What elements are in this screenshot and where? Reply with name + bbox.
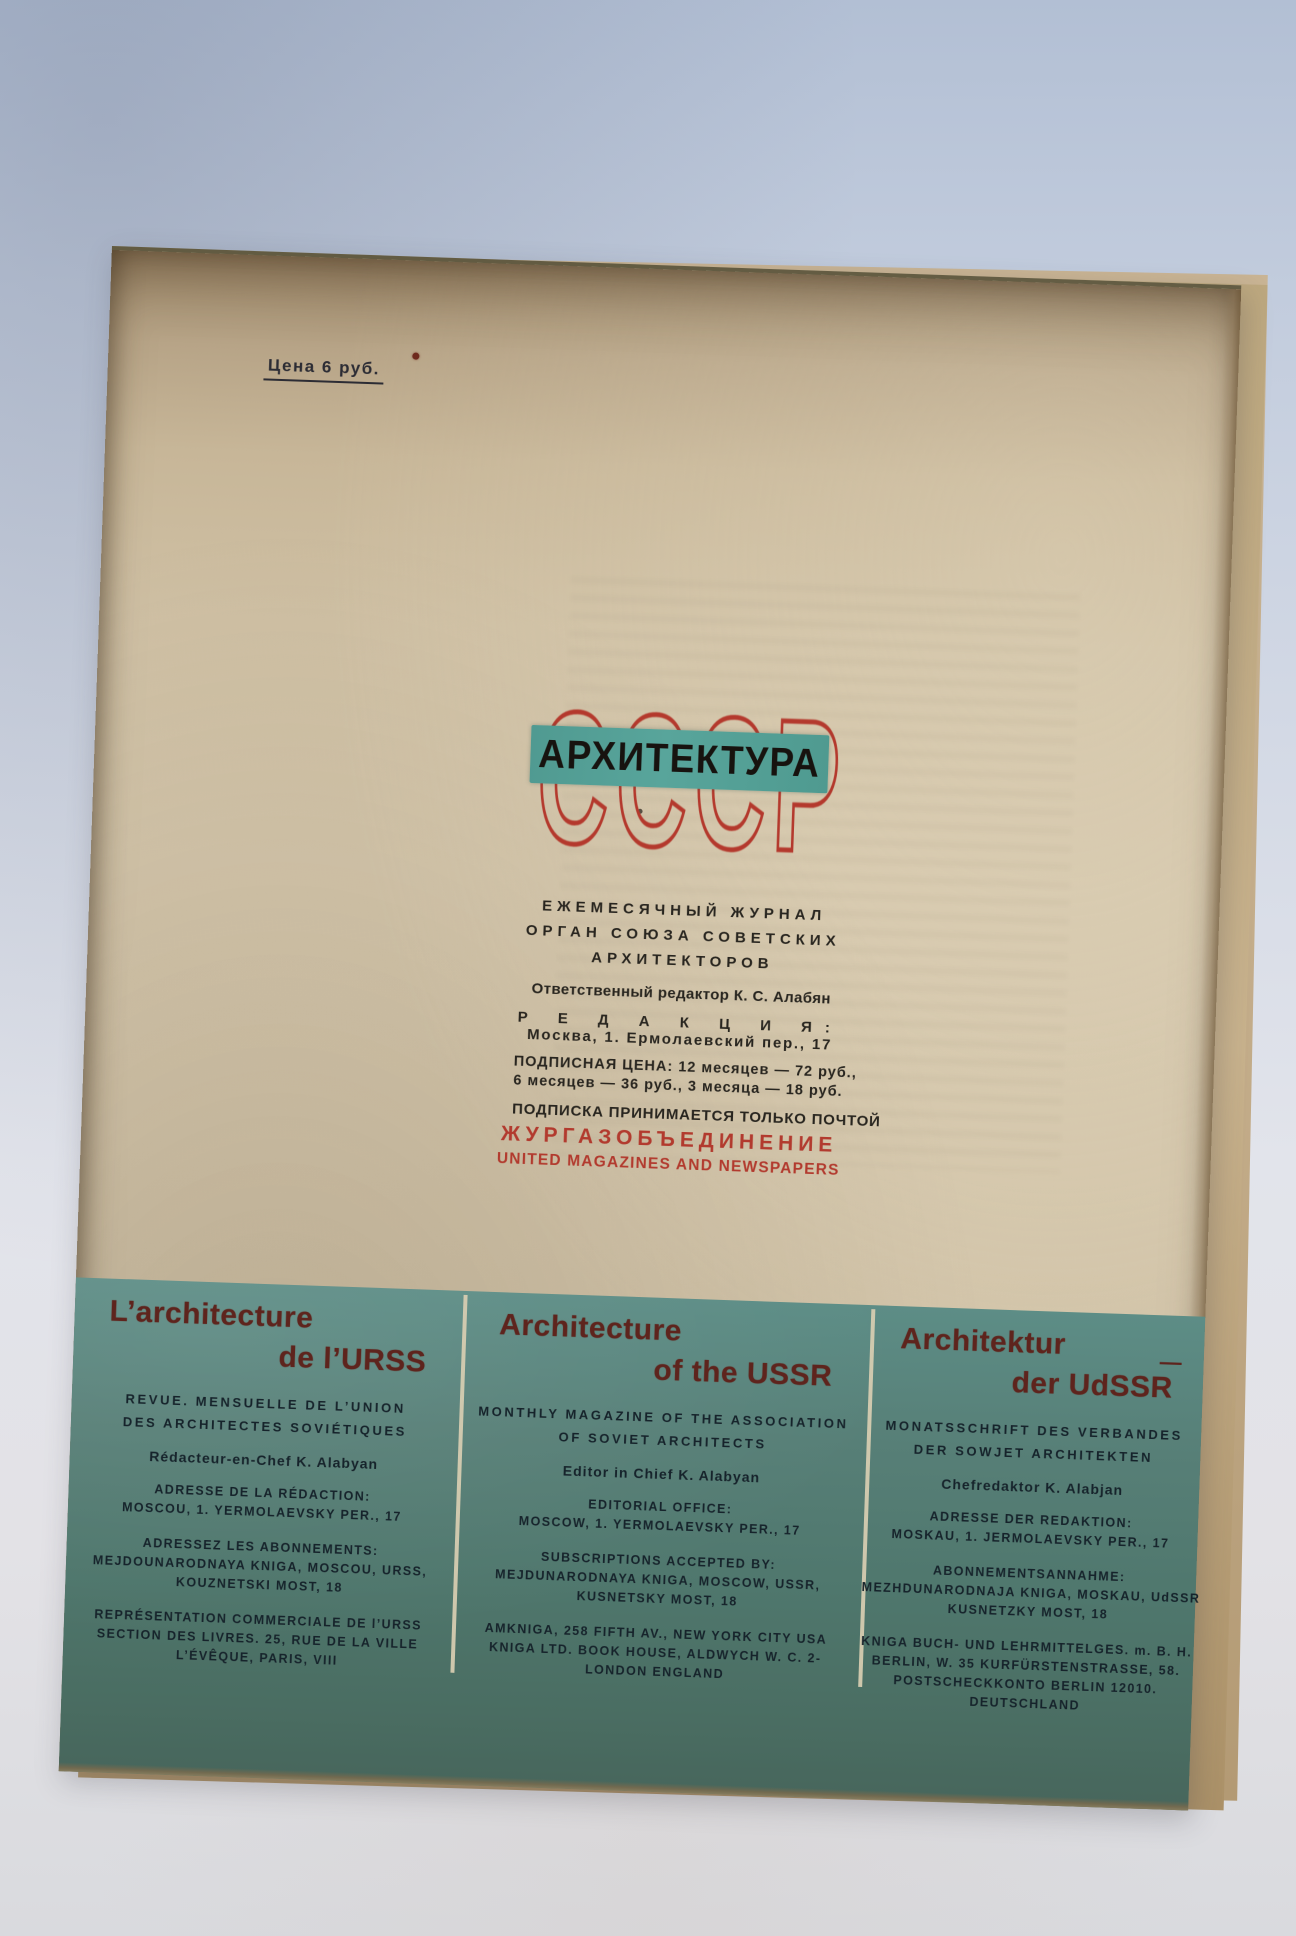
language-panels-band: L’architecture de l’URSS REVUE. MENSUELL…: [59, 1277, 1206, 1810]
panel-title-line: de l’URSS: [108, 1335, 427, 1380]
panel-french: L’architecture de l’URSS REVUE. MENSUELL…: [59, 1277, 464, 1784]
panel-title-line: L’architecture: [109, 1295, 428, 1340]
panel-english-subtitle: MONTHLY MAGAZINE OF THE ASSOCIATION OF S…: [458, 1399, 867, 1459]
panel-german-subtitle: MONATSSCHRIFT DES VERBANDES DER SOWJET A…: [866, 1413, 1201, 1471]
masthead-block: ЕЖЕМЕСЯЧНЫЙ ЖУРНАЛ ОРГАН СОЮЗА СОВЕТСКИХ…: [512, 893, 850, 1129]
magazine-back-cover: Цена 6 руб. СССР АРХИТЕКТУРА ЕЖЕМЕСЯЧНЫЙ…: [59, 246, 1242, 1811]
panel-english-subscriptions-block: SUBSCRIPTIONS ACCEPTED BY: MEJDUNARODNAY…: [453, 1545, 863, 1616]
photo-background: Цена 6 руб. СССР АРХИТЕКТУРА ЕЖЕМЕСЯЧНЫЙ…: [0, 0, 1296, 1936]
price-stamp: Цена 6 руб.: [263, 355, 384, 384]
logo-band: АРХИТЕКТУРА: [530, 725, 830, 793]
panel-title-line: Architektur: [900, 1322, 1175, 1366]
panel-german-title: Architektur der UdSSR: [898, 1322, 1174, 1406]
panel-english-agents-block: AMKNIGA, 258 FIFTH AV., NEW YORK CITY US…: [450, 1618, 860, 1689]
panel-title-line: of the USSR: [497, 1348, 833, 1394]
panel-title-line: der UdSSR: [898, 1362, 1173, 1406]
panel-french-editor: Rédacteur-en-Chef K. Alabyan: [70, 1445, 458, 1475]
panel-title-line: Architecture: [499, 1308, 835, 1354]
panel-english-office-block: EDITORIAL OFFICE: MOSCOW, 1. YERMOLAEVSK…: [455, 1491, 864, 1543]
panel-french-subscriptions-block: ADRESSEZ LES ABONNEMENTS: MEJDOUNARODNAY…: [65, 1531, 455, 1602]
panel-english-editor: Editor in Chief K. Alabyan: [457, 1459, 865, 1489]
panel-german-agents-block: KNIGA BUCH- UND LEHRMITTELGES. m. B. H. …: [857, 1632, 1193, 1720]
logo-title: АРХИТЕКТУРА: [538, 732, 822, 787]
panel-french-representation-block: REPRÉSENTATION COMMERCIALE DE l’URSS SEC…: [63, 1604, 453, 1675]
masthead-subscription-price: ПОДПИСНАЯ ЦЕНА: 12 месяцев — 72 руб., 6 …: [513, 1053, 844, 1102]
panel-french-title: L’architecture de l’URSS: [108, 1295, 429, 1380]
panel-german-dash: —: [1159, 1349, 1182, 1376]
panel-german-subscriptions-block: ABONNEMENTSANNAHME: MEZHDUNARODNAJA KNIG…: [861, 1559, 1197, 1628]
panel-german-editor: Chefredaktor K. Alabjan: [865, 1473, 1199, 1501]
panel-german-address-block: ADRESSE DER REDAKTION: MOSKAU, 1. JERMOL…: [863, 1505, 1198, 1555]
paper-speck: [412, 353, 419, 360]
panel-german: — Architektur der UdSSR MONATSSCHRIFT DE…: [854, 1305, 1205, 1810]
panel-french-subtitle: REVUE. MENSUELLE DE L’UNION DES ARCHITEC…: [71, 1385, 460, 1445]
panel-english: Architecture of the USSR MONTHLY MAGAZIN…: [447, 1291, 872, 1799]
panel-french-address-block: ADRESSE DE LA RÉDACTION: MOSCOU, 1. YERM…: [68, 1477, 457, 1529]
panel-english-title: Architecture of the USSR: [497, 1308, 834, 1394]
masthead-editor: Ответственный редактор К. С. Алабян: [516, 980, 846, 1009]
